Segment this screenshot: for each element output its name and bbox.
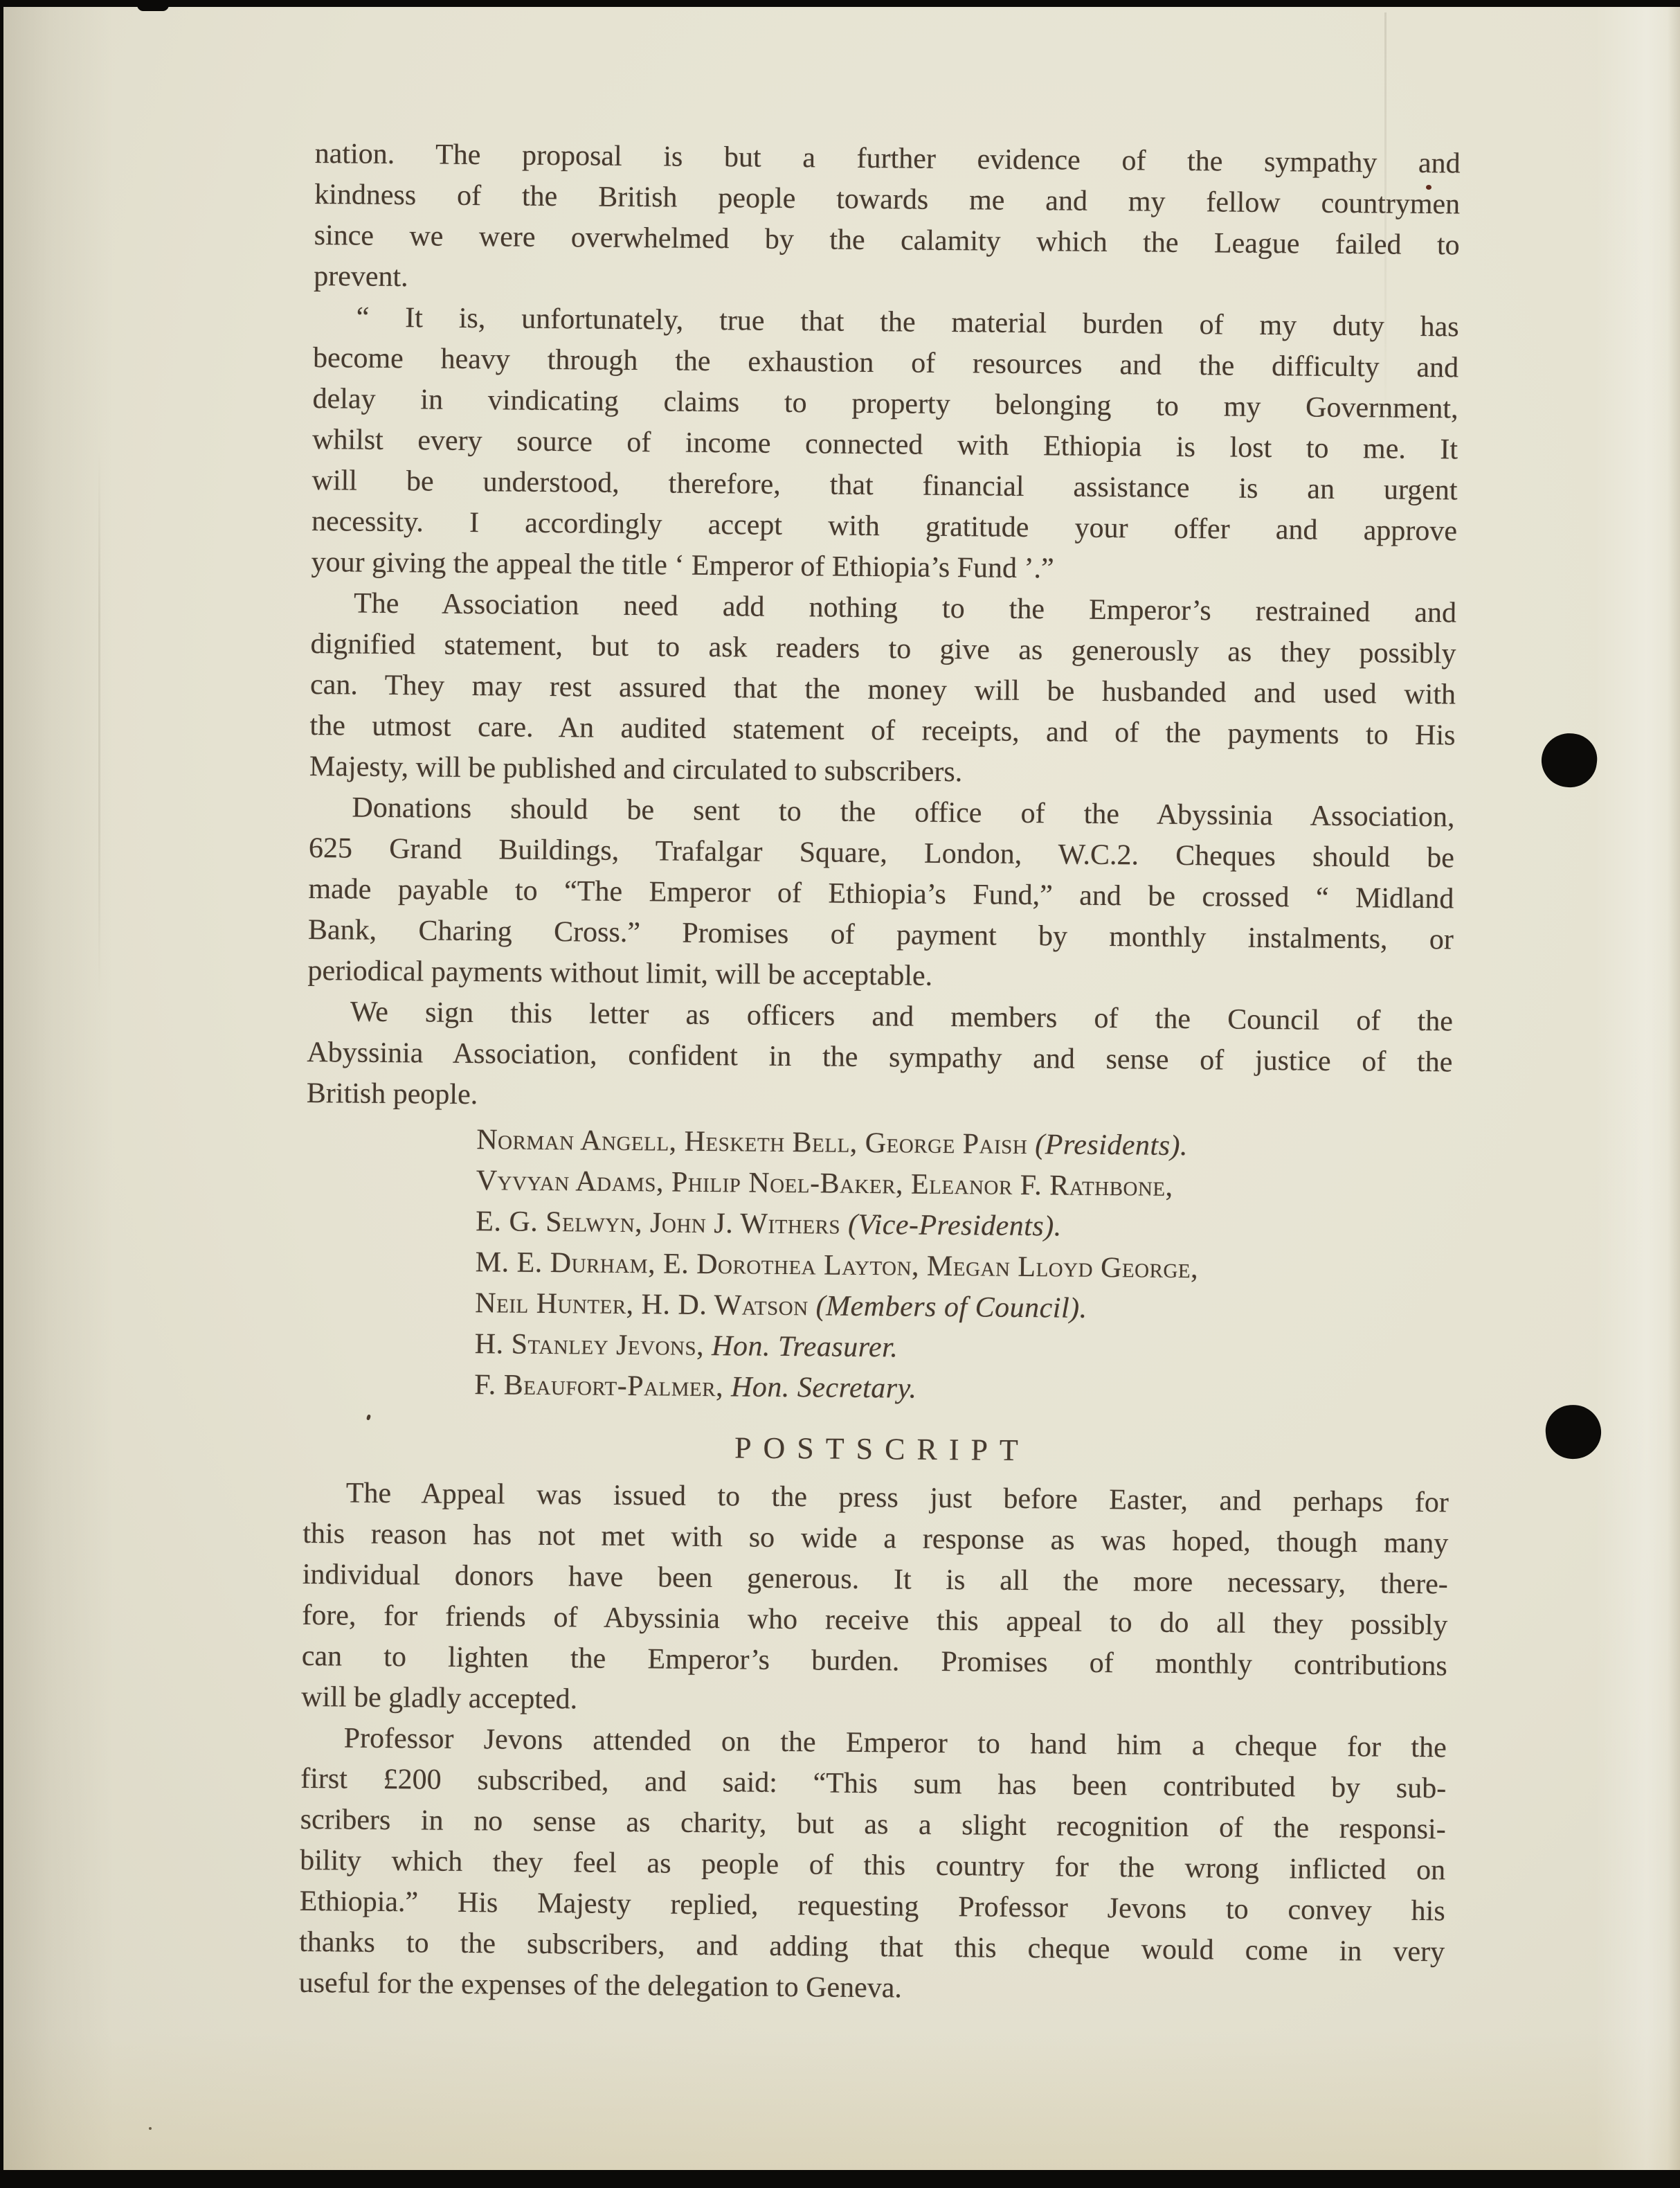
signature-names: Norman Angell, Hesketh Bell, George Pais… <box>476 1124 1027 1160</box>
signature-names: E. G. Selwyn, John J. Withers <box>476 1205 840 1241</box>
crease-line-left <box>98 449 100 996</box>
signature-role: (Members of Council). <box>808 1290 1087 1325</box>
signature-line: F. Beaufort-Palmer, Hon. Secretary. <box>474 1365 1449 1414</box>
scanned-page: nation. The proposal is but a further ev… <box>0 0 1680 2188</box>
paragraph: Professor Jevons attended on the Emperor… <box>298 1718 1447 2014</box>
scan-edge-top <box>0 0 1680 7</box>
scan-edge-top-blob <box>137 0 169 11</box>
signature-role: Hon. Treasurer. <box>704 1330 898 1363</box>
postscript-heading: POSTSCRIPT <box>303 1424 1449 1474</box>
dust-speck <box>149 2127 152 2130</box>
paragraph: The Appeal was issued to the press just … <box>301 1473 1449 1728</box>
signatories-block: Norman Angell, Hesketh Bell, George Pais… <box>474 1120 1452 1414</box>
signature-role: (Vice-Presidents). <box>840 1209 1062 1243</box>
paragraph: We sign this letter as officers and memb… <box>307 992 1453 1124</box>
signature-names: M. E. Durham, E. Dorothea Layton, Megan … <box>476 1246 1199 1284</box>
signature-role: Hon. Secretary. <box>723 1371 917 1404</box>
paragraph: Donations should be sent to the office o… <box>307 787 1455 1001</box>
signature-names: H. Stanley Jevons, <box>475 1328 705 1362</box>
paragraph: “ It is, unfortunately, true that the ma… <box>311 297 1459 593</box>
signature-names: F. Beaufort-Palmer, <box>474 1369 723 1403</box>
signature-names: Vyvyan Adams, Philip Noel-Baker, Eleanor… <box>476 1165 1173 1203</box>
letter-text-block: nation. The proposal is but a further ev… <box>298 134 1461 2014</box>
paragraph: nation. The proposal is but a further ev… <box>314 134 1461 307</box>
signature-names: Neil Hunter, H. D. Watson <box>475 1287 809 1322</box>
paragraph: The Association need add nothing to the … <box>309 583 1457 797</box>
signature-role: (Presidents). <box>1027 1129 1188 1162</box>
scan-edge-left <box>0 0 3 2188</box>
